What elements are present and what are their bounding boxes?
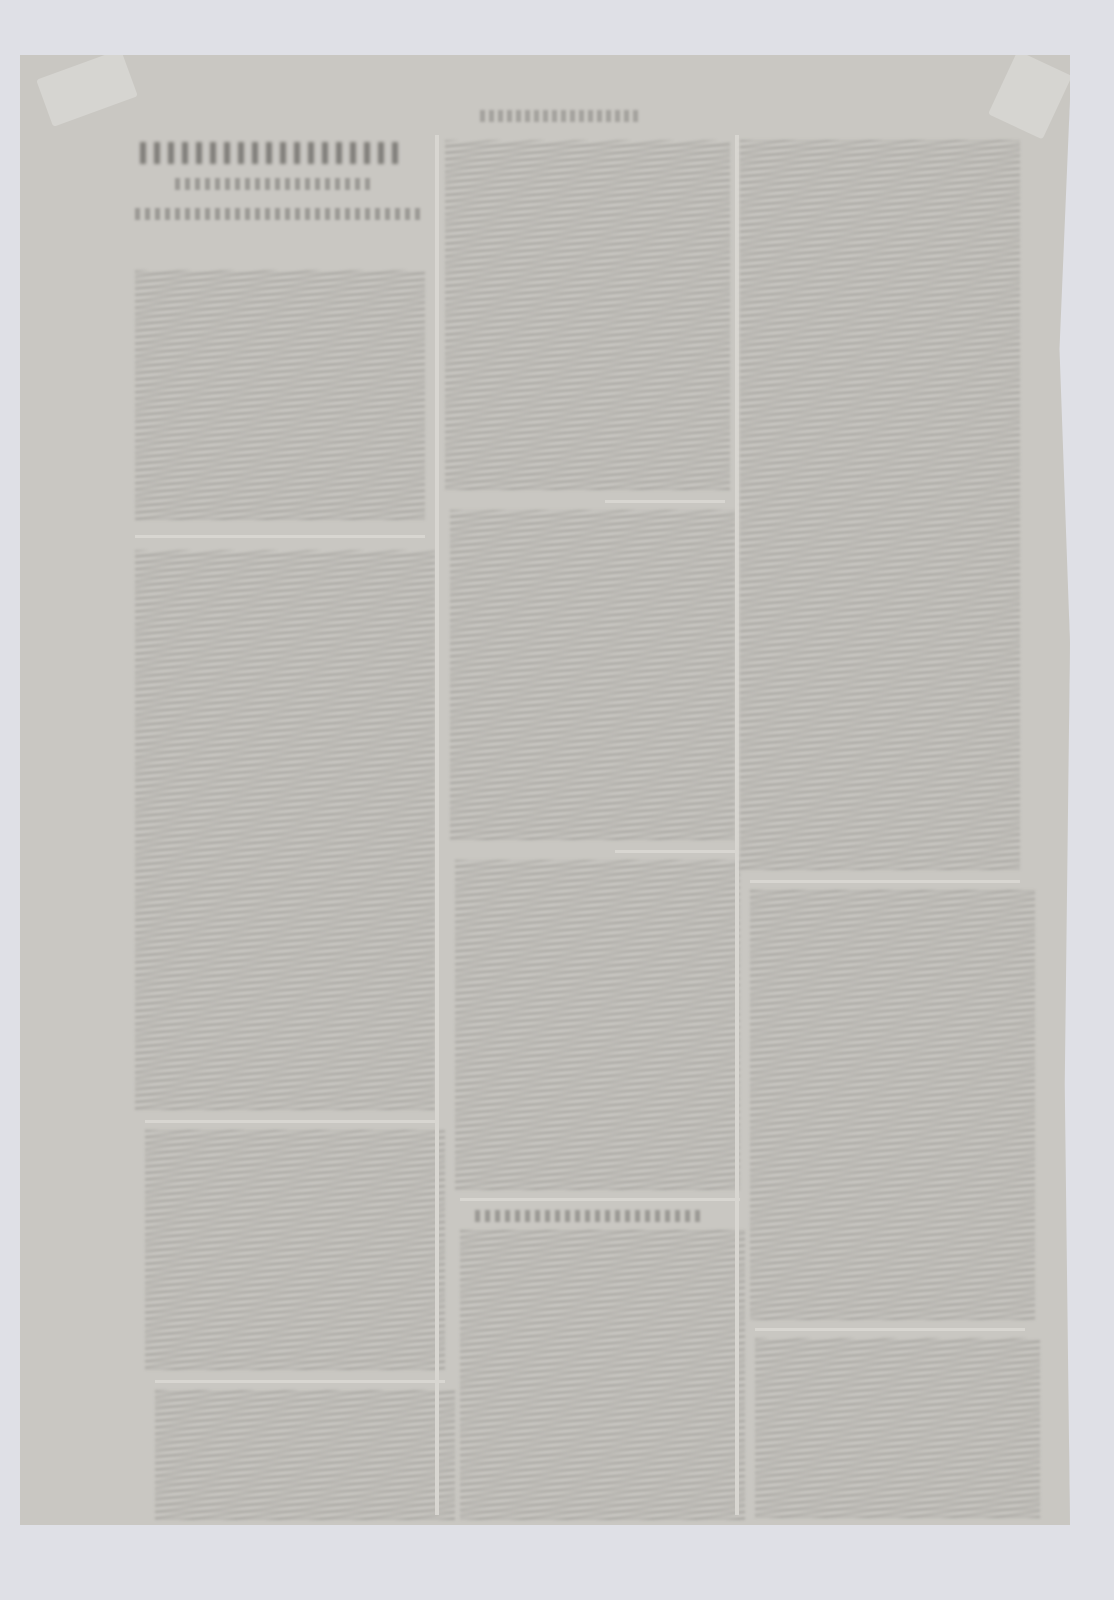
article-block	[455, 860, 740, 1190]
article-block	[145, 1130, 445, 1370]
article-block	[740, 140, 1020, 870]
tape-tab-right	[988, 51, 1072, 140]
divider	[145, 1120, 435, 1123]
column-2	[445, 130, 735, 1520]
newspaper-page	[20, 55, 1070, 1525]
article-block	[460, 1230, 745, 1520]
column-rule	[435, 135, 439, 1515]
article-block	[755, 1338, 1040, 1518]
article-block	[445, 140, 730, 490]
divider	[135, 535, 425, 538]
masthead-title	[140, 142, 400, 164]
article-block	[750, 890, 1035, 1320]
tape-tab-left	[36, 49, 138, 127]
divider	[750, 880, 1020, 883]
article-headline	[475, 1210, 705, 1222]
divider	[615, 850, 735, 853]
divider	[155, 1380, 445, 1383]
column-1	[135, 130, 435, 1520]
column-3	[740, 130, 1040, 1520]
subtitle-line	[175, 178, 375, 190]
subtitle-line	[135, 208, 425, 220]
table-block	[135, 270, 425, 520]
article-block	[450, 510, 735, 840]
divider	[755, 1328, 1025, 1331]
article-block	[155, 1390, 455, 1520]
running-header	[480, 110, 640, 122]
divider	[460, 1198, 740, 1201]
divider	[605, 500, 725, 503]
article-block	[135, 550, 435, 1110]
column-rule	[735, 135, 739, 1515]
